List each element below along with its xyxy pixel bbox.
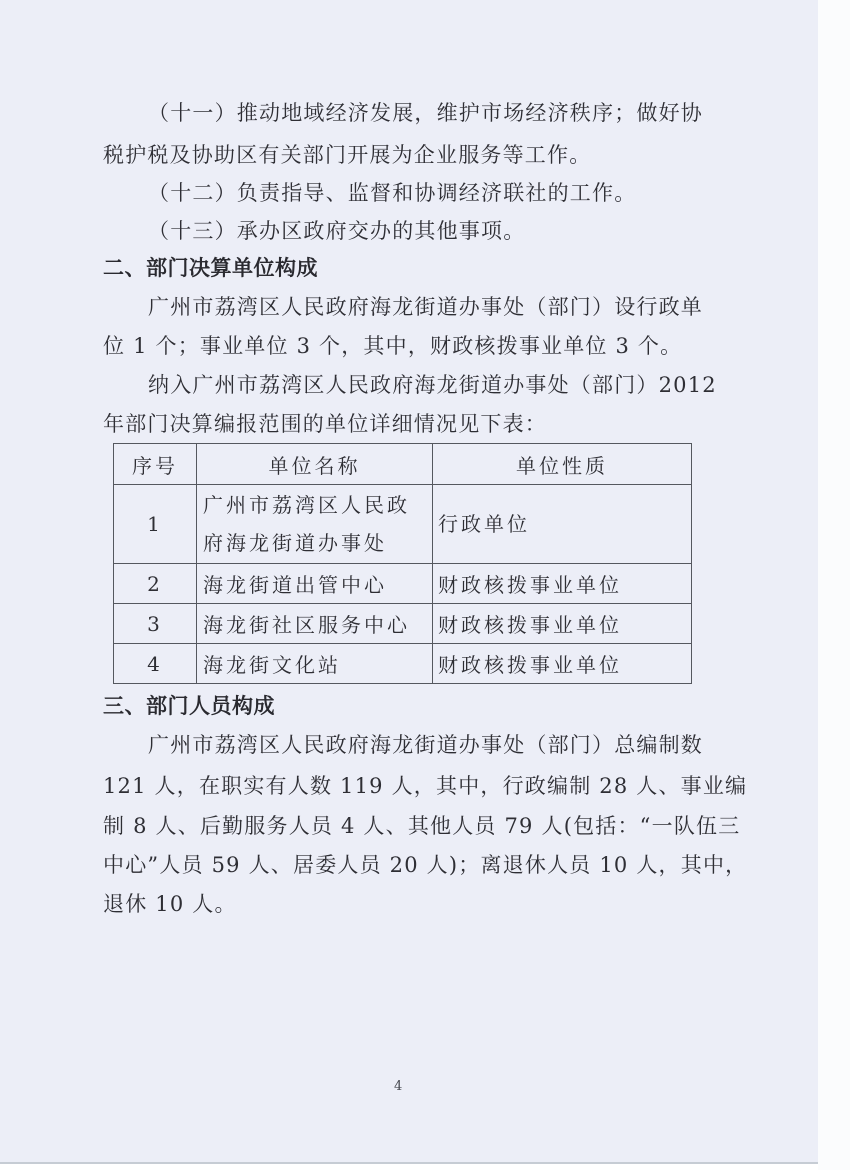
section-3-para-line-2: 121 人，在职实有人数 119 人，其中，行政编制 28 人、事业编	[103, 767, 747, 805]
table-row: 3 海龙街社区服务中心 财政核拨事业单位	[114, 604, 692, 644]
table-row: 4 海龙街文化站 财政核拨事业单位	[114, 644, 692, 684]
row-no: 1	[114, 485, 197, 564]
row-unit-type: 行政单位	[433, 485, 692, 564]
section-2-heading: 二、部门决算单位构成	[103, 249, 318, 287]
row-unit-name: 广州市荔湾区人民政 府海龙街道办事处	[197, 485, 433, 564]
section-2-para-1-line-2: 位 1 个；事业单位 3 个，其中，财政核拨事业单位 3 个。	[103, 327, 682, 365]
unit-composition-table: 序号 单位名称 单位性质 1 广州市荔湾区人民政 府海龙街道办事处 行政单位 2…	[113, 443, 692, 684]
table-row: 1 广州市荔湾区人民政 府海龙街道办事处 行政单位	[114, 485, 692, 564]
scan-margin-strip	[818, 0, 850, 1170]
row-no: 2	[114, 564, 197, 604]
row-unit-type: 财政核拨事业单位	[433, 644, 692, 684]
table-header-row: 序号 单位名称 单位性质	[114, 444, 692, 485]
row-no: 4	[114, 644, 197, 684]
row-unit-name: 海龙街道出管中心	[197, 564, 433, 604]
section-3-para-line-1: 广州市荔湾区人民政府海龙街道办事处（部门）总编制数	[148, 726, 703, 764]
table-row: 2 海龙街道出管中心 财政核拨事业单位	[114, 564, 692, 604]
item-12: （十二）负责指导、监督和协调经济联社的工作。	[148, 174, 636, 212]
section-3-para-line-3: 制 8 人、后勤服务人员 4 人、其他人员 79 人(包括：“一队伍三	[103, 807, 740, 845]
row-unit-type: 财政核拨事业单位	[433, 604, 692, 644]
row-unit-type: 财政核拨事业单位	[433, 564, 692, 604]
section-3-para-line-5: 退休 10 人。	[103, 885, 237, 923]
row-unit-name: 海龙街社区服务中心	[197, 604, 433, 644]
scanned-page: （十一）推动地域经济发展，维护市场经济秩序；做好协 税护税及协助区有关部门开展为…	[0, 0, 818, 1164]
section-3-para-line-4: 中心”人员 59 人、居委人员 20 人)；离退休人员 10 人，其中，	[103, 846, 747, 884]
section-2-para-2-line-1: 纳入广州市荔湾区人民政府海龙街道办事处（部门）2012	[148, 366, 717, 404]
section-2-para-2-line-2: 年部门决算编报范围的单位详细情况见下表：	[103, 405, 547, 443]
header-unit-type: 单位性质	[433, 444, 692, 485]
item-13: （十三）承办区政府交办的其他事项。	[148, 212, 525, 250]
row-no: 3	[114, 604, 197, 644]
header-no: 序号	[114, 444, 197, 485]
item-11-line-2: 税护税及协助区有关部门开展为企业服务等工作。	[103, 136, 591, 174]
row-unit-name-line-1: 广州市荔湾区人民政	[203, 486, 432, 524]
item-11-line-1: （十一）推动地域经济发展，维护市场经济秩序；做好协	[148, 94, 703, 132]
row-unit-name-line-2: 府海龙街道办事处	[203, 524, 432, 562]
row-unit-name: 海龙街文化站	[197, 644, 433, 684]
section-3-heading: 三、部门人员构成	[103, 687, 275, 725]
header-unit-name: 单位名称	[197, 444, 433, 485]
page-number: 4	[394, 1079, 402, 1094]
section-2-para-1-line-1: 广州市荔湾区人民政府海龙街道办事处（部门）设行政单	[148, 288, 703, 326]
